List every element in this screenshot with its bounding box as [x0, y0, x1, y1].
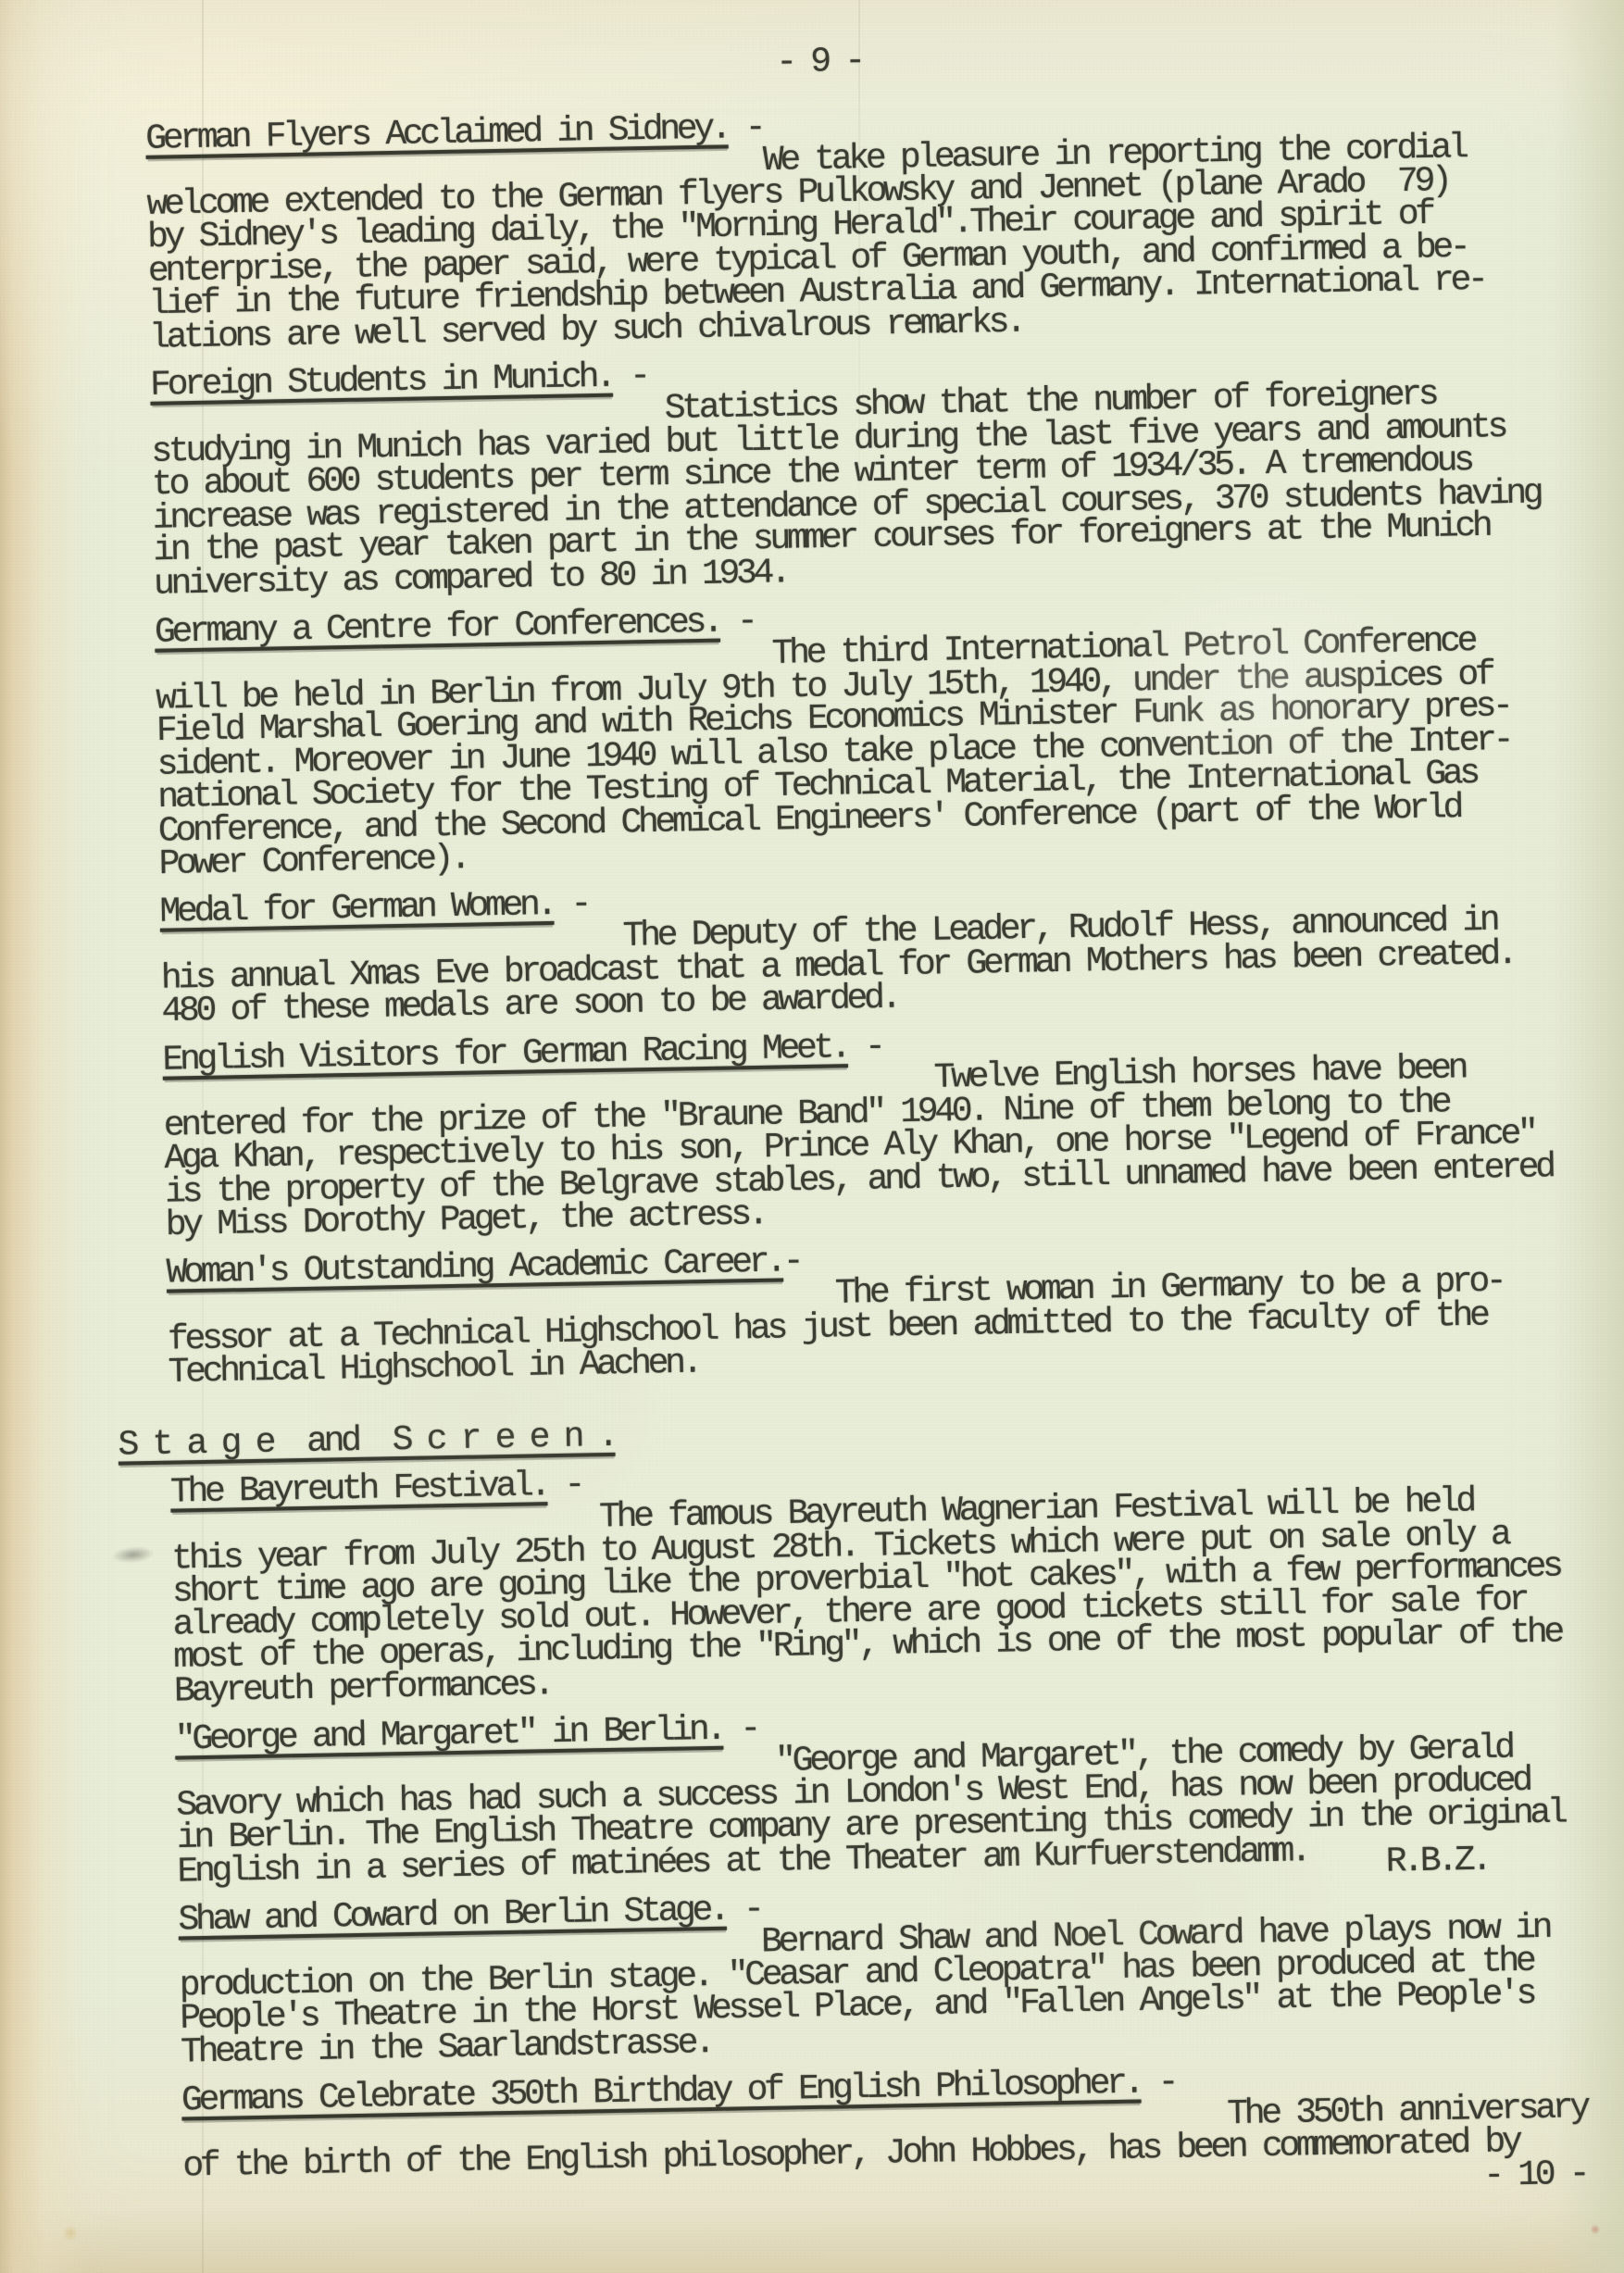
heading-dash: - [547, 1466, 582, 1506]
heading-indent [69, 613, 155, 655]
news-section-george-and-margaret: "George and Margaret" in Berlin. - "Geor… [89, 1696, 1624, 1891]
heading-dash: - [612, 356, 647, 397]
heading-indent [84, 1473, 170, 1515]
heading-dash: - [847, 1027, 882, 1068]
section-heading: The Bayreuth Festival. [170, 1466, 548, 1512]
source-byline: R.B.Z. [1385, 1841, 1489, 1882]
section-heading: Medal for German Women. [159, 885, 554, 932]
heading-dash: - [1141, 2063, 1176, 2104]
paper-stain [61, 2226, 80, 2241]
heading-indent [83, 1426, 119, 1467]
heading-indent [93, 1900, 179, 1942]
heading-dash: - [719, 602, 755, 643]
heading-indent [81, 1254, 167, 1295]
heading-dash: - [782, 1242, 800, 1281]
heading-dash: - [723, 1709, 758, 1750]
news-section-english-visitors-racing: English Visitors for German Racing Meet.… [77, 1016, 1624, 1243]
news-section-shaw-and-coward: Shaw and Coward on Berlin Stage. - Berna… [93, 1876, 1624, 2070]
heading-indent [74, 893, 160, 934]
heading-indent [64, 366, 150, 407]
heading-indent [77, 1040, 163, 1081]
news-section-bayreuth-festival: The Bayreuth Festival. - The famous Bayr… [84, 1449, 1624, 1710]
heading-indent [89, 1719, 175, 1761]
page-number-top: - 9 - [58, 31, 1624, 94]
heading-indent [95, 2080, 181, 2122]
heading-indent [59, 119, 145, 161]
typewritten-sheet: - 9 - German Flyers Acclaimed in Sidney.… [57, 0, 1624, 2218]
newsletter-body: German Flyers Acclaimed in Sidney. - We … [59, 95, 1624, 2185]
news-section-germany-centre-conferences: Germany a Centre for Conferences. - The … [69, 589, 1624, 882]
news-section-womans-academic-career: Woman's Outstanding Academic Career.- Th… [81, 1230, 1624, 1391]
news-section-medal-german-women: Medal for German Women. - The Deputy of … [74, 868, 1624, 1030]
heading-dash: - [728, 107, 763, 148]
heading-dash: - [726, 1890, 761, 1930]
section-heading: Foreign Students in Munich. [150, 357, 613, 406]
scanned-typewritten-page: { "page": { "top_number": "- 9 -", "bott… [0, 0, 1624, 2273]
paper-stain [1591, 2224, 1600, 2235]
heading-dash: - [554, 885, 589, 926]
news-section-foreign-students-munich: Foreign Students in Munich. - Statistics… [64, 342, 1624, 603]
news-section-german-flyers: German Flyers Acclaimed in Sidney. - We … [59, 95, 1624, 356]
section-heading: S t a g e and S c r e e n . [118, 1417, 615, 1466]
